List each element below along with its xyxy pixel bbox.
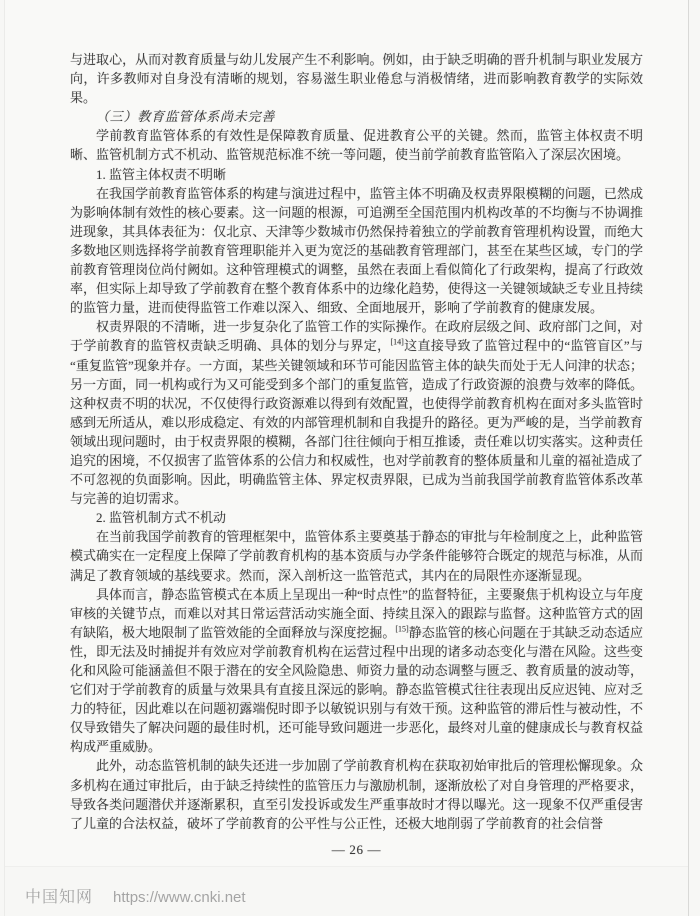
paragraph: 权责界限的不清晰，进一步复杂化了监管工作的实际操作。在政府层级之间、政府部门之间… — [70, 317, 643, 508]
text-run: 这直接导致了监管过程中的“监管盲区”与“重复监管”现象并存。一方面，某些关键领域… — [70, 338, 643, 506]
text-run: 2. 监管机制方式不机动 — [96, 510, 226, 525]
citation-superscript: [14] — [390, 338, 403, 347]
section-heading: 1. 监管主体权责不明晰 — [70, 165, 643, 184]
text-run: 与进取心，从而对教育质量与幼儿发展产生不利影响。例如，由于缺乏明确的晋升机制与职… — [70, 52, 643, 105]
page-number: — 26 — — [70, 840, 643, 859]
text-run: （三）教育监管体系尚未完善 — [96, 109, 275, 124]
citation-superscript: [15] — [395, 624, 408, 633]
section-heading: （三）教育监管体系尚未完善 — [70, 107, 643, 126]
paragraph: 在当前我国学前教育的管理框架中，监管体系主要奠基于静态的审批与年检制度之上，此种… — [70, 527, 643, 584]
page-right-edge-line — [688, 0, 689, 916]
paragraph: 与进取心，从而对教育质量与幼儿发展产生不利影响。例如，由于缺乏明确的晋升机制与职… — [70, 50, 643, 107]
text-run: 此外，动态监管机制的缺失还进一步加剧了学前教育机构在获取初始审批后的管理松懈现象… — [70, 758, 643, 830]
section-heading: 2. 监管机制方式不机动 — [70, 508, 643, 527]
paragraph: 具体而言，静态监管模式在本质上呈现出一种“时点性”的监督特征，主要聚焦于机构设立… — [70, 585, 643, 757]
text-run: 在我国学前教育监管体系的构建与演进过程中，监管主体不明确及权责界限模糊的问题，已… — [70, 186, 643, 316]
paragraph: 学前教育监管体系的有效性是保障教育质量、促进教育公平的关键。然而，监管主体权责不… — [70, 126, 643, 164]
text-run: 静态监管的核心问题在于其缺乏动态适应性，即无法及时捕捉并有效应对学前教育机构在运… — [70, 625, 643, 755]
cnki-watermark: 中国知网 https://www.cnki.net — [25, 884, 246, 907]
scanned-paper-page: 与进取心，从而对教育质量与幼儿发展产生不利影响。例如，由于缺乏明确的晋升机制与职… — [5, 0, 688, 866]
page-left-edge-line — [4, 0, 5, 916]
paragraph: 此外，动态监管机制的缺失还进一步加剧了学前教育机构在获取初始审批后的管理松懈现象… — [70, 756, 643, 832]
page-bottom-edge-line — [5, 866, 688, 867]
text-run: 学前教育监管体系的有效性是保障教育质量、促进教育公平的关键。然而，监管主体权责不… — [70, 128, 643, 162]
text-run: 在当前我国学前教育的管理框架中，监管体系主要奠基于静态的审批与年检制度之上，此种… — [70, 529, 643, 582]
cnki-url-text: https://www.cnki.net — [113, 889, 246, 906]
text-run: 1. 监管主体权责不明晰 — [96, 167, 226, 182]
cnki-brand-text: 中国知网 — [25, 884, 93, 907]
page-body: 与进取心，从而对教育质量与幼儿发展产生不利影响。例如，由于缺乏明确的晋升机制与职… — [70, 50, 643, 859]
paragraph: 在我国学前教育监管体系的构建与演进过程中，监管主体不明确及权责界限模糊的问题，已… — [70, 184, 643, 318]
